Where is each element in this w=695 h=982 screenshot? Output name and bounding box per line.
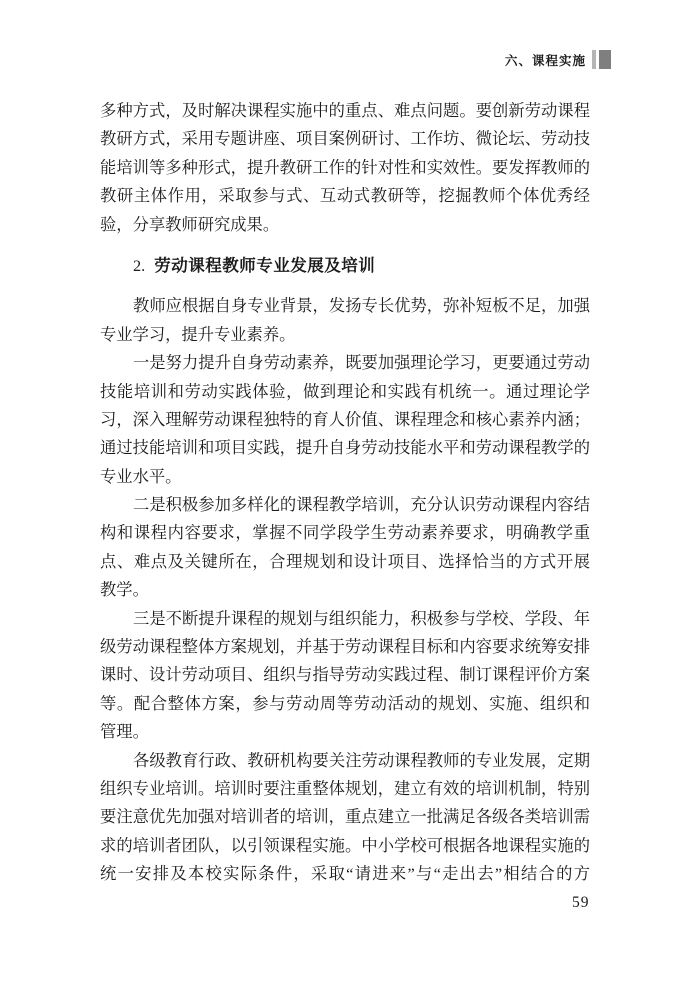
paragraph-line: 教学。 bbox=[100, 576, 590, 604]
document-body: 多种方式，及时解决课程实施中的重点、难点问题。要创新劳动课程教研方式，采用专题讲… bbox=[100, 97, 590, 889]
paragraph-line: 教研方式，采用专题讲座、项目案例研讨、工作坊、微论坛、劳动技 bbox=[100, 125, 590, 153]
header-bar-thick-icon bbox=[599, 50, 611, 69]
paragraph-line: 级劳动课程整体方案规划，并基于劳动课程目标和内容要求统筹安排 bbox=[100, 633, 590, 661]
paragraph-line: 多种方式，及时解决课程实施中的重点、难点问题。要创新劳动课程 bbox=[100, 97, 590, 125]
paragraph-line: 一是努力提升自身劳动素养，既要加强理论学习，更要通过劳动 bbox=[100, 349, 590, 377]
paragraph-line: 能培训等多种形式，提升教研工作的针对性和实效性。要发挥教师的 bbox=[100, 154, 590, 182]
paragraph-line: 组织专业培训。培训时要注重整体规划，建立有效的培训机制，特别 bbox=[100, 775, 590, 803]
paragraph-line: 专业学习，提升专业素养。 bbox=[100, 321, 590, 349]
paragraph-line: 要注意优先加强对培训者的培训，重点建立一批满足各级各类培训需 bbox=[100, 803, 590, 831]
paragraph-line: 二是积极参加多样化的课程教学培训，充分认识劳动课程内容结 bbox=[100, 491, 590, 519]
paragraph-line: 构和课程内容要求，掌握不同学段学生劳动素养要求，明确教学重 bbox=[100, 519, 590, 547]
paragraph-line: 课时、设计劳动项目、组织与指导劳动实践过程、制订课程评价方案 bbox=[100, 661, 590, 689]
paragraph-line: 三是不断提升课程的规划与组织能力，积极参与学校、学段、年 bbox=[100, 605, 590, 633]
paragraph-line: 管理。 bbox=[100, 718, 590, 746]
paragraph-line: 通过技能培训和项目实践，提升自身劳动技能水平和劳动课程教学的 bbox=[100, 434, 590, 462]
paragraph-line: 技能培训和劳动实践体验，做到理论和实践有机统一。通过理论学 bbox=[100, 378, 590, 406]
paragraph-line: 验，分享教师研究成果。 bbox=[100, 211, 590, 239]
paragraph-line: 统一安排及本校实际条件，采取“请进来”与“走出去”相结合的方 bbox=[100, 860, 590, 888]
running-header: 六、课程实施 bbox=[505, 49, 611, 70]
paragraph-line: 点、难点及关键所在，合理规划和设计项目、选择恰当的方式开展 bbox=[100, 548, 590, 576]
paragraph-line: 各级教育行政、教研机构要关注劳动课程教师的专业发展，定期 bbox=[100, 747, 590, 775]
paragraph-line: 习，深入理解劳动课程独特的育人价值、课程理念和核心素养内涵； bbox=[100, 406, 590, 434]
header-bar-thin-icon bbox=[592, 50, 596, 69]
running-header-section-label: 六、课程实施 bbox=[505, 51, 586, 69]
paragraph-line: 等。配合整体方案，参与劳动周等劳动活动的规划、实施、组织和 bbox=[100, 690, 590, 718]
paragraph-line: 教研主体作用，采取参与式、互动式教研等，挖掘教师个体优秀经 bbox=[100, 182, 590, 210]
document-page: 六、课程实施 多种方式，及时解决课程实施中的重点、难点问题。要创新劳动课程教研方… bbox=[0, 0, 695, 982]
section-heading-title: 劳动课程教师专业发展及培训 bbox=[154, 257, 375, 275]
page-number: 59 bbox=[572, 894, 590, 912]
paragraph-line: 专业水平。 bbox=[100, 463, 590, 491]
paragraph-line: 求的培训者团队，以引领课程实施。中小学校可根据各地课程实施的 bbox=[100, 832, 590, 860]
section-heading: 2.劳动课程教师专业发展及培训 bbox=[100, 252, 590, 280]
section-heading-number: 2. bbox=[133, 256, 145, 275]
paragraph-line: 教师应根据自身专业背景，发扬专长优势，弥补短板不足，加强 bbox=[100, 292, 590, 320]
